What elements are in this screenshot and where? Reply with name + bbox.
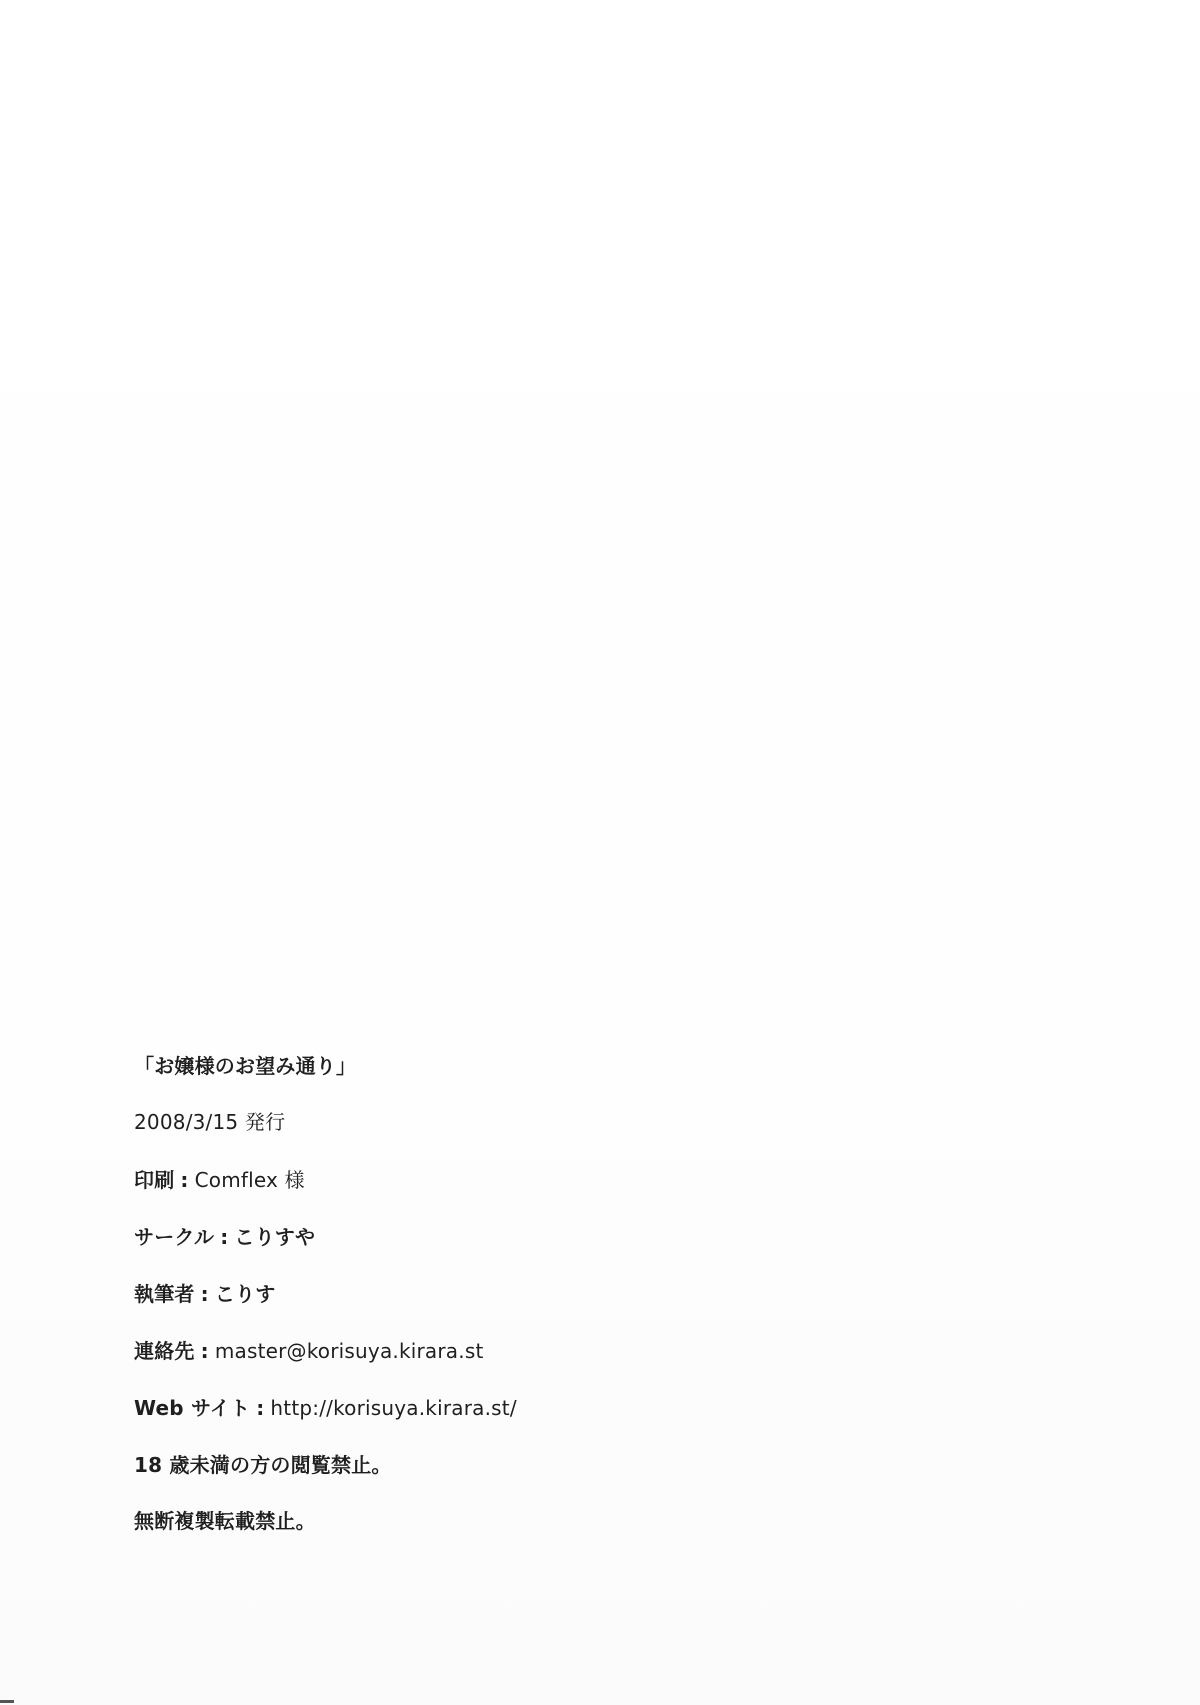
author-info: 執筆者:こりす xyxy=(134,1282,275,1306)
contact-label: 連絡先 xyxy=(134,1339,195,1363)
issue-date: 2008/3/15 発行 xyxy=(134,1110,285,1134)
age-restriction-notice: 18 歳未満の方の閲覧禁止。 xyxy=(134,1453,392,1477)
author-separator: : xyxy=(201,1282,209,1306)
printing-value: Comflex 様 xyxy=(195,1168,305,1192)
printing-label: 印刷 xyxy=(134,1168,174,1192)
contact-email: master@korisuya.kirara.st xyxy=(215,1339,484,1363)
website-url: http://korisuya.kirara.st/ xyxy=(270,1396,516,1420)
circle-separator: : xyxy=(220,1225,228,1249)
book-title: 「お嬢様のお望み通り」 xyxy=(134,1054,356,1078)
website-info: Web サイト:http://korisuya.kirara.st/ xyxy=(134,1396,517,1420)
copyright-notice: 無断複製転載禁止。 xyxy=(134,1509,316,1533)
printing-separator: : xyxy=(180,1168,188,1192)
circle-info: サークル:こりすや xyxy=(134,1225,315,1249)
author-value: こりす xyxy=(215,1282,276,1306)
printing-info: 印刷:Comflex 様 xyxy=(134,1168,305,1192)
contact-separator: : xyxy=(201,1339,209,1363)
circle-label: サークル xyxy=(134,1225,214,1249)
author-label: 執筆者 xyxy=(134,1282,195,1306)
circle-value: こりすや xyxy=(234,1225,315,1249)
website-separator: : xyxy=(256,1396,264,1420)
contact-info: 連絡先:master@korisuya.kirara.st xyxy=(134,1339,483,1363)
website-label: Web サイト xyxy=(134,1396,250,1420)
crop-mark xyxy=(0,1700,14,1703)
colophon-page: 「お嬢様のお望み通り」 2008/3/15 発行 印刷:Comflex 様 サー… xyxy=(0,0,1200,1705)
